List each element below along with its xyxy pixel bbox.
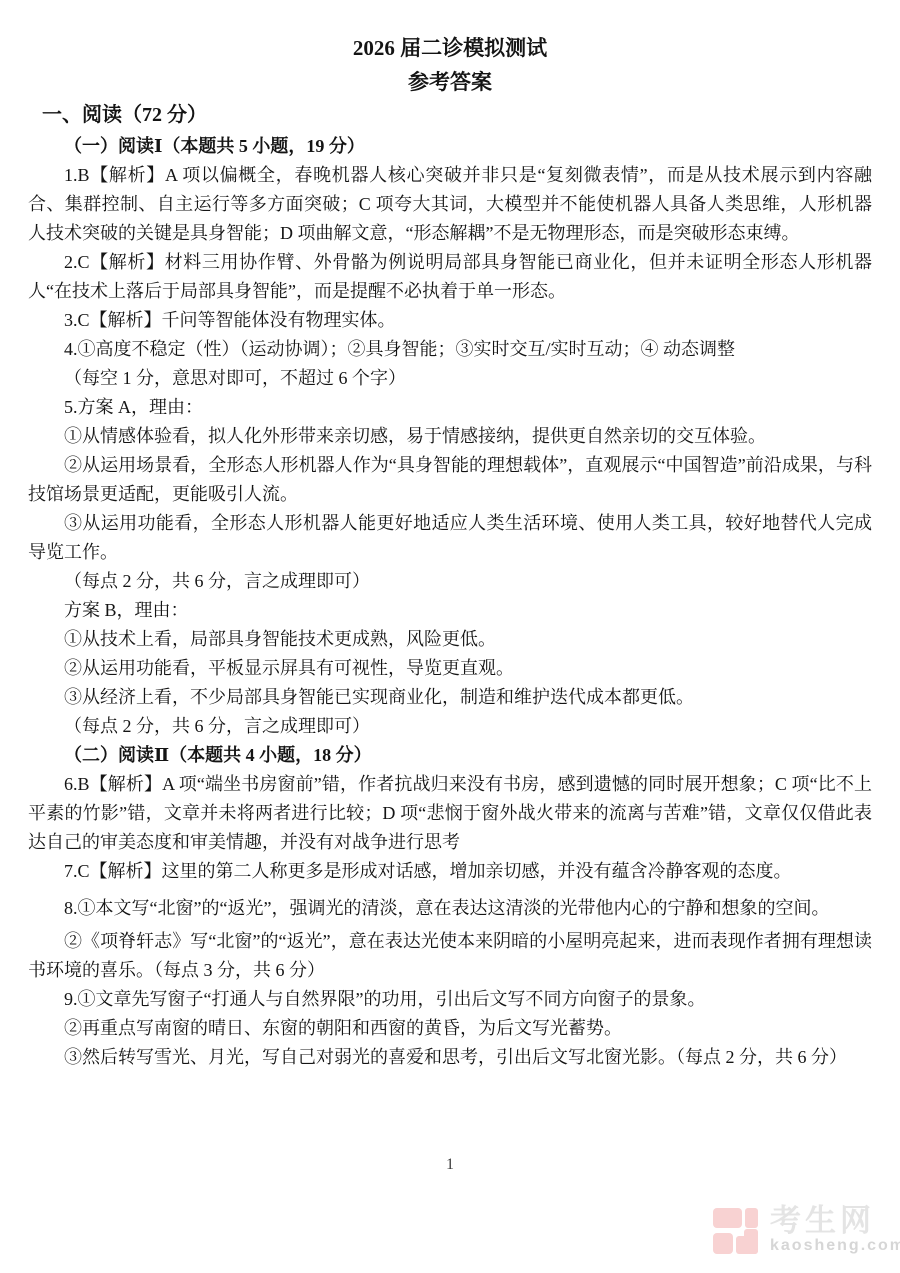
page-number: 1 [446, 1156, 454, 1173]
watermark-site-url: kaosheng.com [770, 1237, 900, 1255]
answer-1: 1.B【解析】A 项以偏概全，春晚机器人核心突破并非只是“复刻微表情”，而是从技… [28, 161, 872, 248]
answer-2: 2.C【解析】材料三用协作臂、外骨骼为例说明局部具身智能已商业化，但并未证明全形… [28, 248, 872, 306]
document-page: 2026 届二诊模拟测试 参考答案 一、阅读（72 分） （一）阅读Ⅰ（本题共 … [0, 0, 900, 1273]
kaosheng-watermark: 考生网 kaosheng.com [712, 1204, 890, 1264]
page-footer: 1 [0, 1156, 900, 1174]
document-subtitle: 参考答案 [28, 65, 872, 99]
answer-9-point-1: 9.①文章先写窗子“打通人与自然界限”的功用，引出后文写不同方向窗子的景象。 [28, 985, 872, 1014]
answer-5-a-note: （每点 2 分，共 6 分，言之成理即可） [28, 567, 872, 596]
subsection-heading-reading-2: （二）阅读Ⅱ（本题共 4 小题，18 分） [28, 741, 872, 770]
answer-5-a-point-2: ②从运用场景看，全形态人形机器人作为“具身智能的理想载体”，直观展示“中国智造”… [28, 451, 872, 509]
kaosheng-logo-icon [712, 1204, 760, 1256]
answer-3: 3.C【解析】千问等智能体没有物理实体。 [28, 306, 872, 335]
answer-9-point-2: ②再重点写南窗的晴日、东窗的朝阳和西窗的黄昏，为后文写光蓄势。 [28, 1014, 872, 1043]
answer-9-point-3: ③然后转写雪光、月光，写自己对弱光的喜爱和思考，引出后文写北窗光影。（每点 2 … [28, 1043, 872, 1072]
answer-5-b-point-3: ③从经济上看，不少局部具身智能已实现商业化，制造和维护迭代成本都更低。 [28, 683, 872, 712]
answer-4-note: （每空 1 分，意思对即可，不超过 6 个字） [28, 364, 872, 393]
document-title: 2026 届二诊模拟测试 [28, 31, 872, 65]
answer-5-plan-b: 方案 B，理由： [28, 596, 872, 625]
watermark-site-name: 考生网 [770, 1204, 900, 1237]
answer-6: 6.B【解析】A 项“端坐书房窗前”错，作者抗战归来没有书房，感到遗憾的同时展开… [28, 770, 872, 857]
answer-5-b-note: （每点 2 分，共 6 分，言之成理即可） [28, 712, 872, 741]
document-body: 一、阅读（72 分） （一）阅读Ⅰ（本题共 5 小题，19 分） 1.B【解析】… [28, 99, 872, 1072]
answer-8-point-2: ②《项脊轩志》写“北窗”的“返光”，意在表达光使本来阴暗的小屋明亮起来，进而表现… [28, 927, 872, 985]
answer-8-point-1: 8.①本文写“北窗”的“返光”，强调光的清淡，意在表达这清淡的光带他内心的宁静和… [28, 894, 872, 923]
answer-5-a-point-1: ①从情感体验看，拟人化外形带来亲切感，易于情感接纳，提供更自然亲切的交互体验。 [28, 422, 872, 451]
answer-4: 4.①高度不稳定（性）（运动协调）；②具身智能；③实时交互/实时互动；④ 动态调… [28, 335, 872, 364]
section-heading-reading: 一、阅读（72 分） [28, 99, 872, 132]
answer-5-b-point-1: ①从技术上看，局部具身智能技术更成熟，风险更低。 [28, 625, 872, 654]
answer-5-plan-a: 5.方案 A，理由： [28, 393, 872, 422]
watermark-text: 考生网 kaosheng.com [770, 1204, 900, 1255]
subsection-heading-reading-1: （一）阅读Ⅰ（本题共 5 小题，19 分） [28, 132, 872, 161]
answer-5-a-point-3: ③从运用功能看，全形态人形机器人能更好地适应人类生活环境、使用人类工具，较好地替… [28, 509, 872, 567]
answer-5-b-point-2: ②从运用功能看，平板显示屏具有可视性，导览更直观。 [28, 654, 872, 683]
answer-7: 7.C【解析】这里的第二人称更多是形成对话感，增加亲切感，并没有蕴含冷静客观的态… [28, 857, 872, 886]
